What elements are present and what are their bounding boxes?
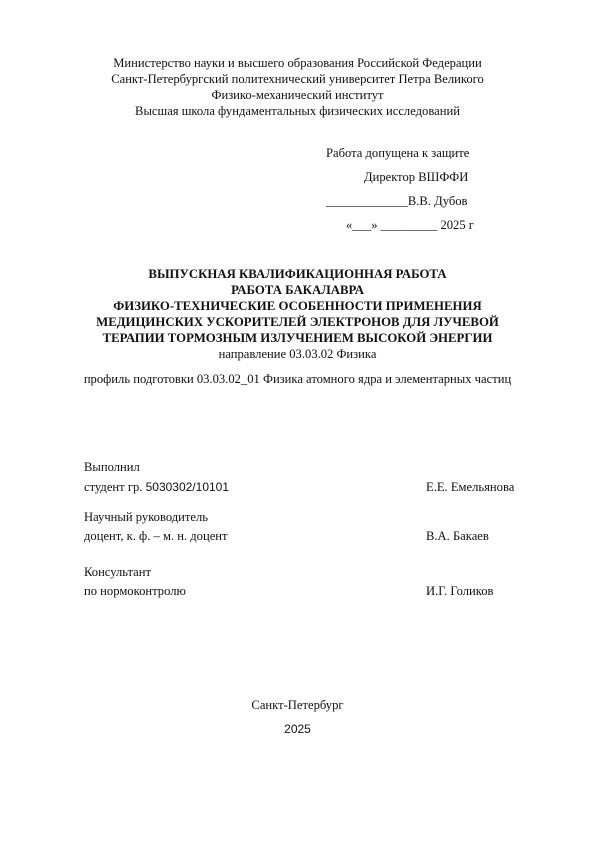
thesis-title-2: МЕДИЦИНСКИХ УСКОРИТЕЛЕЙ ЭЛЕКТРОНОВ ДЛЯ Л…	[0, 315, 595, 330]
approval-position: Директор ВШФФИ	[364, 170, 468, 185]
city-text: Санкт-Петербург	[0, 698, 595, 713]
approval-admitted: Работа допущена к защите	[326, 146, 469, 161]
profile-text: профиль подготовки 03.03.02_01 Физика ат…	[0, 372, 595, 387]
institute-text: Физико-механический институт	[0, 88, 595, 103]
ministry-text: Министерство науки и высшего образования…	[0, 56, 595, 71]
group-number: 5030302/10101	[146, 480, 229, 494]
signatory-role: Выполнил	[84, 460, 140, 475]
signatory-detail: по нормоконтролю	[84, 584, 186, 599]
direction-text: направление 03.03.02 Физика	[0, 347, 595, 362]
thesis-title-3: ТЕРАПИИ ТОРМОЗНЫМ ИЗЛУЧЕНИЕМ ВЫСОКОЙ ЭНЕ…	[0, 331, 595, 346]
school-text: Высшая школа фундаментальных физических …	[0, 104, 595, 119]
thesis-title-1: ФИЗИКО-ТЕХНИЧЕСКИЕ ОСОБЕННОСТИ ПРИМЕНЕНИ…	[0, 299, 595, 314]
signatory-detail: доцент, к. ф. – м. н. доцент	[84, 529, 228, 544]
university-text: Санкт-Петербургский политехнический унив…	[0, 72, 595, 87]
signatory-name: В.А. Бакаев	[426, 529, 489, 544]
detail-prefix: студент гр.	[84, 480, 146, 494]
year-text: 2025	[0, 722, 595, 737]
signatory-name: Е.Е. Емельянова	[426, 480, 514, 495]
approval-signature: _____________В.В. Дубов	[326, 194, 467, 209]
signatory-role: Консультант	[84, 565, 151, 580]
signatory-detail: студент гр. 5030302/10101	[84, 480, 229, 495]
approval-date: «___» _________ 2025 г	[346, 218, 474, 233]
signatory-name: И.Г. Голиков	[426, 584, 493, 599]
work-degree: РАБОТА БАКАЛАВРА	[0, 283, 595, 298]
signatory-role: Научный руководитель	[84, 510, 208, 525]
work-type: ВЫПУСКНАЯ КВАЛИФИКАЦИОННАЯ РАБОТА	[0, 267, 595, 282]
